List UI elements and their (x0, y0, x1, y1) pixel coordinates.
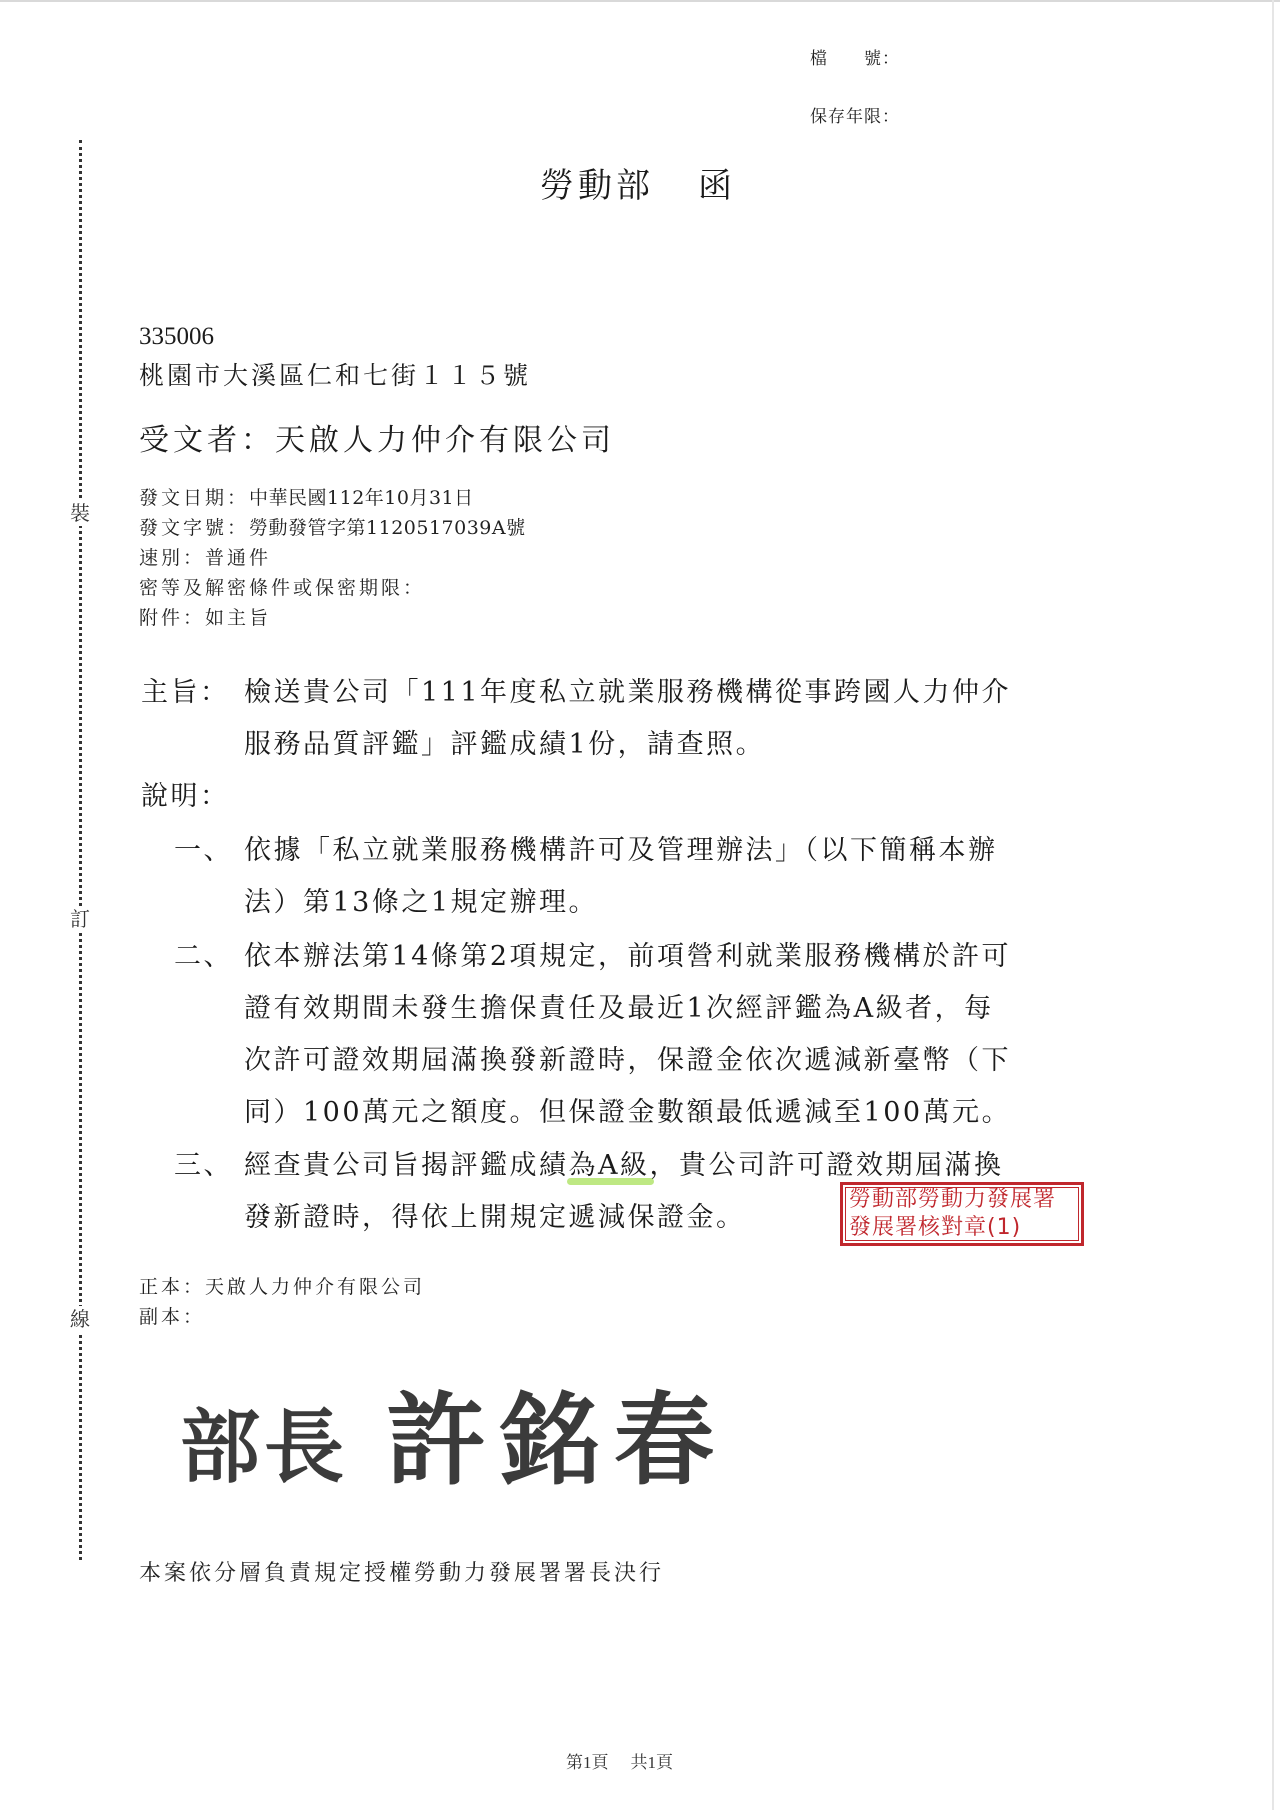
signature-title: 部長 (180, 1401, 348, 1494)
explanation-item-1-line: 依據「私立就業服務機構許可及管理辦法」（以下簡稱本辦 (244, 828, 998, 867)
highlighted-grade: 為A級 (569, 1150, 650, 1181)
explanation-label: 說明： (141, 774, 230, 813)
copy-recipient-label: 副本： (139, 1306, 205, 1328)
file-number-label: 檔 號： (810, 44, 900, 69)
agency-name: 勞動部 (540, 166, 654, 206)
postal-code: 335006 (139, 323, 214, 351)
subject-line-2: 服務品質評鑑」評鑑成績1份，請查照。 (244, 722, 765, 761)
page-edge (1272, 0, 1274, 1810)
page-edge (0, 0, 1280, 2)
page-total: 共1頁 (631, 1753, 674, 1772)
seal-row-2: 發展署核對章(1) (849, 1214, 1075, 1242)
attachment-value: 如主旨 (205, 607, 271, 629)
secrecy-level-label: 密等及解密條件或保密期限： (139, 577, 425, 599)
explanation-item-2-line: 同）100萬元之額度。但保證金數額最低遞減至100萬元。 (244, 1090, 1011, 1129)
retention-period-label: 保存年限： (810, 102, 900, 127)
official-seal-stamp: 勞動部勞動力發展署 發展署核對章(1) (840, 1182, 1084, 1246)
explanation-item-3-marker: 三、 (174, 1143, 233, 1182)
item-3-text: ，貴公司許可證效期屆滿換 (650, 1150, 1004, 1181)
explanation-item-1-line: 法）第13條之1規定辦理。 (244, 880, 598, 919)
issue-date: 發文日期：中華民國112年10月31日 (139, 483, 474, 510)
delivery-speed: 速別：普通件 (139, 543, 271, 570)
binding-mark-zhuang: 裝 (66, 500, 94, 526)
binding-mark-ding: 訂 (66, 906, 94, 932)
recipient-name: 天啟人力仲介有限公司 (275, 423, 615, 458)
page-footer: 第1頁共1頁 (566, 1748, 673, 1773)
explanation-item-2-line: 依本辦法第14條第2項規定，前項營利就業服務機構於許可 (244, 934, 1011, 973)
binding-mark-xian: 線 (66, 1306, 94, 1332)
explanation-item-2-line: 次許可證效期屆滿換發新證時，保證金依次遞減新臺幣（下 (244, 1038, 1011, 1077)
seal-row-1: 勞動部勞動力發展署 (849, 1186, 1075, 1214)
recipient-label: 受文者： (139, 423, 275, 458)
copy-recipient: 副本： (139, 1302, 205, 1329)
issue-date-value: 中華民國112年10月31日 (249, 487, 474, 509)
delegation-note: 本案依分層負責規定授權勞動力發展署署長決行 (139, 1556, 664, 1587)
recipient: 受文者：天啟人力仲介有限公司 (139, 415, 615, 459)
subject-line-1: 檢送貴公司「111年度私立就業服務機構從事跨國人力仲介 (244, 670, 1011, 709)
minister-signature: 部長許銘春 (180, 1360, 728, 1504)
document-number-value: 勞動發管字第1120517039A號 (249, 517, 526, 539)
recipient-address: 桃園市大溪區仁和七街１１５號 (139, 356, 531, 392)
signature-name: 許銘春 (386, 1382, 728, 1499)
explanation-item-2-line: 證有效期間未發生擔保責任及最近1次經評鑑為A級者，每 (244, 986, 994, 1025)
delivery-speed-value: 普通件 (205, 547, 271, 569)
original-recipient: 正本：天啟人力仲介有限公司 (139, 1272, 425, 1299)
original-recipient-value: 天啟人力仲介有限公司 (205, 1276, 425, 1298)
item-3-text: 經查貴公司旨揭評鑑成績 (244, 1150, 569, 1181)
subject-label: 主旨： (141, 670, 230, 709)
delivery-speed-label: 速別： (139, 547, 205, 569)
document-type: 函 (698, 166, 736, 206)
attachment: 附件：如主旨 (139, 603, 271, 630)
issue-date-label: 發文日期： (139, 487, 249, 509)
secrecy-level: 密等及解密條件或保密期限： (139, 573, 425, 600)
page-number: 第1頁 (566, 1753, 609, 1772)
document-number-label: 發文字號： (139, 517, 249, 539)
explanation-item-3-line-2: 發新證時，得依上開規定遞減保證金。 (244, 1195, 746, 1234)
document-title: 勞動部函 (540, 158, 736, 207)
explanation-item-1-marker: 一、 (174, 828, 233, 867)
explanation-item-3-line-1: 經查貴公司旨揭評鑑成績為A級，貴公司許可證效期屆滿換 (244, 1143, 1004, 1182)
original-recipient-label: 正本： (139, 1276, 205, 1298)
binding-dotted-line (79, 140, 82, 1560)
attachment-label: 附件： (139, 607, 205, 629)
document-number: 發文字號：勞動發管字第1120517039A號 (139, 513, 526, 540)
explanation-item-2-marker: 二、 (174, 934, 233, 973)
